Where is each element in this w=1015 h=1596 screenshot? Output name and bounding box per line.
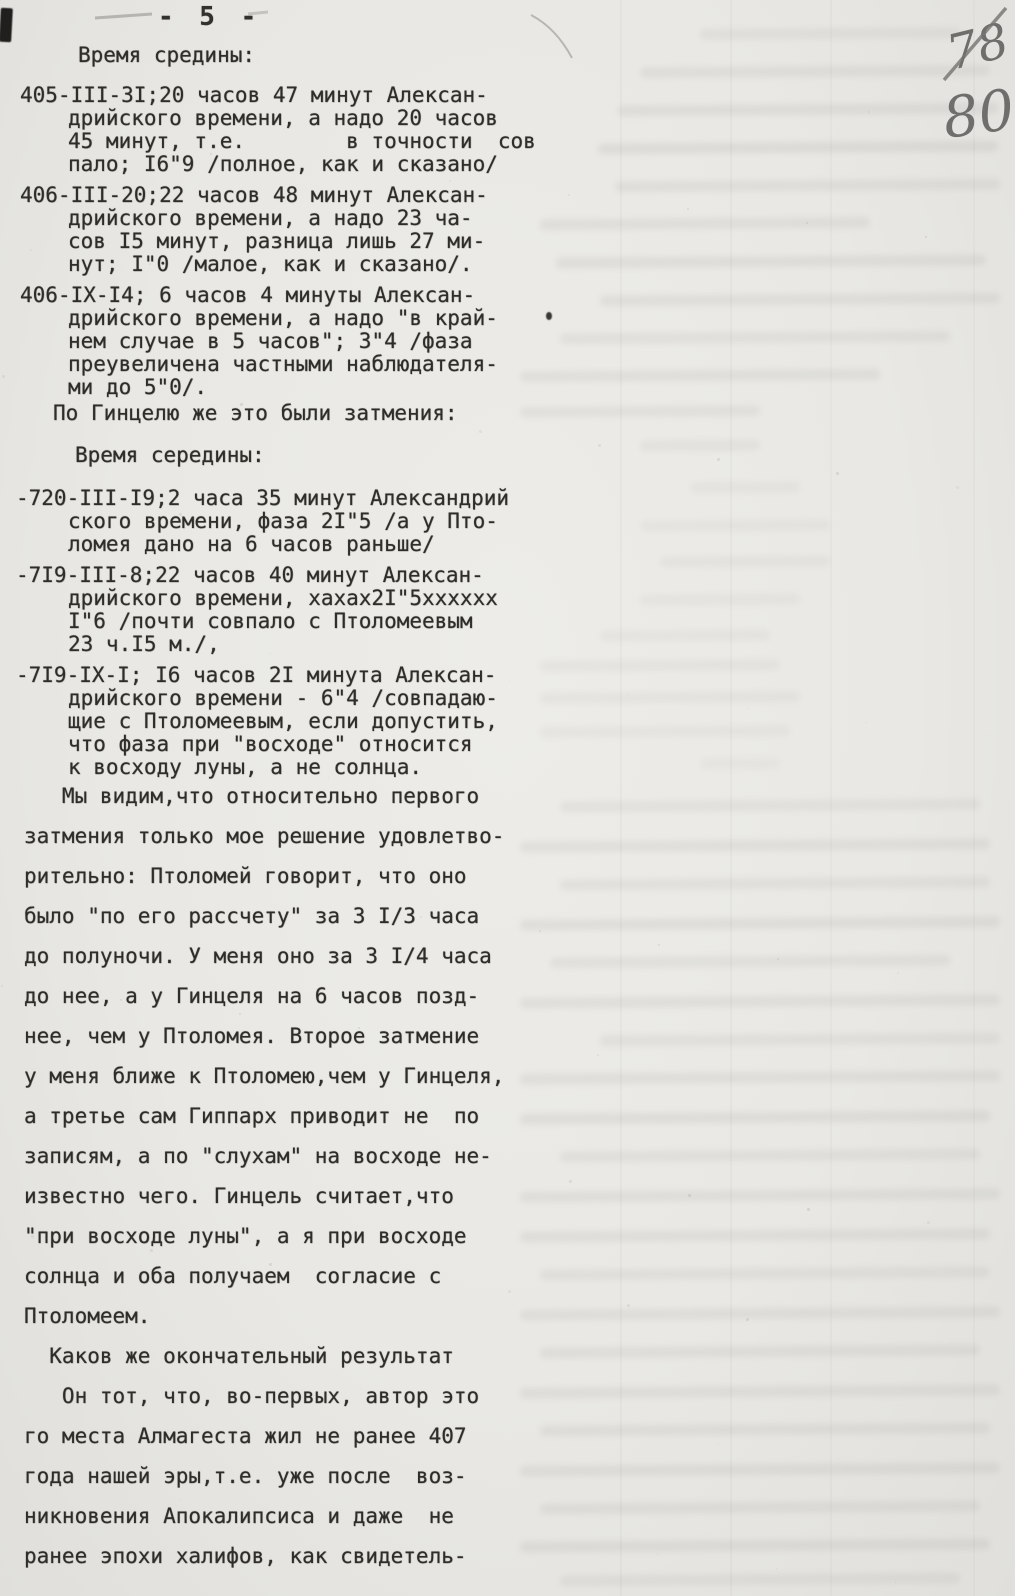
paper-speck xyxy=(957,1471,958,1472)
text-line: преувеличена частными наблюдателя- xyxy=(68,353,536,376)
transition-line: По Гинцелю же это были затмения: xyxy=(53,402,458,425)
ink-blot xyxy=(0,8,13,43)
paper-speck xyxy=(0,0,1,1)
text-line: 45 минут, т.е. в точности сов xyxy=(68,130,536,153)
text-line: дрийского времени, а надо "в край- xyxy=(68,307,536,330)
paper-speck xyxy=(776,1568,777,1569)
ghost-text-line xyxy=(640,593,800,605)
page-number: - 5 - xyxy=(158,2,261,32)
faded-dash xyxy=(95,14,152,18)
paper-speck xyxy=(509,680,510,681)
ghost-text-line xyxy=(520,369,880,383)
ghost-text-line xyxy=(600,629,770,641)
text-line: у меня ближе к Птоломею,чем у Гинцеля, xyxy=(24,1056,504,1096)
paper-speck xyxy=(746,1318,749,1321)
text-line: Время середины: xyxy=(75,444,265,467)
ghost-text-line xyxy=(560,1149,980,1163)
text-line: -720-III-I9;2 часа 35 минут Александрий xyxy=(16,487,509,510)
ghost-text-line xyxy=(520,916,1000,930)
text-line: дрийского времени, хахах2I"5хххххх xyxy=(68,587,509,610)
text-line: дрийского времени, а надо 20 часов xyxy=(68,107,536,130)
text-line: щие с Птоломеевым, если допустить, xyxy=(68,710,509,733)
ghost-text-line xyxy=(598,141,998,155)
eclipse-entry: 405-III-3I;20 часов 47 минут Алексан-дри… xyxy=(20,84,536,176)
paper-speck xyxy=(956,486,959,489)
paper-speck xyxy=(897,972,899,974)
ghost-text-line xyxy=(690,482,800,494)
text-line: го места Алмагеста жил не ранее 407 xyxy=(24,1416,504,1456)
paper-speck xyxy=(688,1194,691,1197)
paper-speck xyxy=(597,1054,599,1056)
paper-crease xyxy=(730,0,732,1596)
paper-speck xyxy=(2,375,5,378)
paper-speck xyxy=(657,1554,658,1555)
text-line: "при восходе луны", а я при восходе xyxy=(24,1216,504,1256)
ghost-text-line xyxy=(600,1033,1000,1047)
text-line: ми до 5"0/. xyxy=(68,376,536,399)
eclipse-entry: 406-IX-I4; 6 часов 4 минуты Алексан-дрий… xyxy=(20,284,536,399)
eclipse-entries-ptolemy: 405-III-3I;20 часов 47 минут Алексан-дри… xyxy=(20,84,536,407)
text-line: года нашей эры,т.е. уже после воз- xyxy=(24,1456,504,1496)
paper-crease xyxy=(620,0,622,1596)
paper-speck xyxy=(538,1540,539,1541)
text-line: до полуночи. У меня оно за 3 I/4 часа xyxy=(24,936,504,976)
paper-speck xyxy=(866,722,867,723)
ghost-text-line xyxy=(540,217,870,230)
text-line: сов I5 минут, разница лишь 27 ми- xyxy=(68,230,536,253)
ghost-text-line xyxy=(520,1110,990,1124)
paper-speck xyxy=(986,735,987,736)
text-line: никновения Апокалипсиса и даже не xyxy=(24,1496,504,1536)
body-paragraphs: Мы видим,что относительно первогозатмени… xyxy=(24,776,504,1576)
ghost-text-line xyxy=(520,1228,990,1242)
text-line: I"6 /почти совпало с Птоломеевым xyxy=(68,610,509,633)
ghost-text-line xyxy=(640,65,990,78)
pencil-stroke xyxy=(531,15,572,58)
text-line: дрийского времени - 6"4 /совпадаю- xyxy=(68,687,509,710)
ghost-text-line xyxy=(600,293,1000,307)
paper-speck xyxy=(987,125,989,127)
paper-speck xyxy=(479,430,482,433)
ghost-text-line xyxy=(550,955,950,969)
paper-crease xyxy=(973,0,975,1596)
text-line: до нее, а у Гинцеля на 6 часов позд- xyxy=(24,976,504,1016)
paragraph: Мы видим,что относительно первогозатмени… xyxy=(24,776,504,1336)
text-line: 405-III-3I;20 часов 47 минут Алексан- xyxy=(20,84,536,107)
text-line: 23 ч.I5 м./, xyxy=(68,633,509,656)
text-line: -7I9-IX-I; I6 часов 2I минута Алексан- xyxy=(16,664,509,687)
paper-speck xyxy=(836,472,839,475)
paragraph: Каков же окончательный результат xyxy=(24,1336,504,1376)
eclipse-entry: -720-III-I9;2 часа 35 минут Александрийс… xyxy=(20,487,509,556)
paper-crease xyxy=(830,0,832,1596)
paper-speck xyxy=(627,1304,630,1307)
paper-speck xyxy=(628,694,629,695)
text-line: ломея дано на 6 часов раньше/ xyxy=(68,533,509,556)
ghost-text-line xyxy=(540,691,800,704)
eclipse-entry: -7I9-III-8;22 часов 40 минут Алексан-дри… xyxy=(20,564,509,656)
paper-speck xyxy=(747,708,748,709)
paper-speck xyxy=(868,111,870,113)
ghost-text-line xyxy=(560,799,980,813)
ghost-text-line xyxy=(520,1070,1000,1084)
heading-vremya-srediny: Время средины: xyxy=(78,44,255,67)
paper-speck xyxy=(1,985,3,987)
ghost-text-line xyxy=(540,659,780,672)
paper-speck xyxy=(539,930,541,932)
paper-speck xyxy=(925,236,927,238)
ghost-text-line xyxy=(540,1500,980,1514)
scanned-typescript-page: - 5 - Время средины: 405-III-3I;20 часов… xyxy=(0,0,1015,1596)
paper-speck xyxy=(717,458,720,461)
ghost-text-line xyxy=(540,1422,990,1436)
text-line: дрийского времени, а надо 23 ча- xyxy=(68,207,536,230)
text-line: По Гинцелю же это были затмения: xyxy=(53,402,458,425)
ghost-text-line xyxy=(640,440,760,452)
paper-speck xyxy=(777,958,779,960)
text-line: Он тот, что, во-первых, автор это xyxy=(24,1376,504,1416)
ghost-text-line xyxy=(540,1266,990,1280)
text-line: известно чего. Гинцель считает,что xyxy=(24,1176,504,1216)
paper-speck xyxy=(658,944,660,946)
text-line: Время средины: xyxy=(78,44,255,67)
ghost-text-line xyxy=(540,1344,980,1358)
text-line: Мы видим,что относительно первого xyxy=(24,776,504,816)
eclipse-entry: 406-III-20;22 часов 48 минут Алексан-дри… xyxy=(20,184,536,276)
ghost-text-line xyxy=(520,1306,1000,1320)
heading-vremya-serediny: Время середины: xyxy=(75,444,265,467)
ghost-text-line xyxy=(520,1538,990,1552)
paper-speck xyxy=(598,444,601,447)
paper-speck xyxy=(807,1208,810,1211)
paper-speck xyxy=(927,1221,930,1224)
ghost-text-line xyxy=(700,758,780,770)
text-line: нут; I"0 /малое, как и сказано/. xyxy=(68,253,536,276)
text-line: 406-III-20;22 часов 48 минут Алексан- xyxy=(20,184,536,207)
paper-speck xyxy=(568,194,570,196)
ghost-text-line xyxy=(520,1384,1000,1398)
text-line: нее, чем у Птоломея. Второе затмение xyxy=(24,1016,504,1056)
paper-speck xyxy=(806,222,808,224)
paragraph: Он тот, что, во-первых, автор этого мест… xyxy=(24,1376,504,1576)
text-line: ского времени, фаза 2I"5 /а у Пто- xyxy=(68,510,509,533)
text-line: Птоломеем. xyxy=(24,1296,504,1336)
ghost-text-line xyxy=(615,179,1000,193)
text-line: Каков же окончательный результат xyxy=(24,1336,504,1376)
text-line: было "по его рассчету" за 3 I/3 часа xyxy=(24,896,504,936)
paper-speck xyxy=(895,1582,896,1583)
ghost-text-line xyxy=(520,838,990,852)
ghost-text-line xyxy=(560,331,950,345)
ghost-text-line xyxy=(520,994,1000,1008)
ghost-text-line xyxy=(540,725,790,738)
eclipse-entry: -7I9-IX-I; I6 часов 2I минута Алексан-др… xyxy=(20,664,509,779)
ghost-text-line xyxy=(560,876,990,890)
text-line: солнца и оба получаем согласие с xyxy=(24,1256,504,1296)
text-line: а третье сам Гиппарх приводит не по xyxy=(24,1096,504,1136)
text-line: затмения только мое решение удовлетво- xyxy=(24,816,504,856)
text-line: записям, а по "слухам" на восходе не- xyxy=(24,1136,504,1176)
ghost-text-line xyxy=(520,405,760,418)
ink-dot xyxy=(546,312,552,320)
paper-speck xyxy=(569,1180,572,1183)
text-line: что фаза при "восходе" относится xyxy=(68,733,509,756)
paper-speck xyxy=(838,1458,839,1459)
text-line: ранее эпохи халифов, как свидетель- xyxy=(24,1536,504,1576)
text-line: нем случае в 5 часов"; 3"4 /фаза xyxy=(68,330,536,353)
paper-speck xyxy=(687,208,689,210)
text-line: рительно: Птоломей говорит, что оно xyxy=(24,856,504,896)
ghost-text-line xyxy=(640,519,830,531)
ghost-text-line xyxy=(660,555,830,567)
ghost-text-line xyxy=(520,1188,1000,1202)
paper-speck xyxy=(718,1444,719,1445)
text-line: 406-IX-I4; 6 часов 4 минуты Алексан- xyxy=(20,284,536,307)
eclipse-entries-ginzel: -720-III-I9;2 часа 35 минут Александрийс… xyxy=(20,487,509,787)
ghost-text-line xyxy=(618,103,998,117)
ghost-text-line xyxy=(520,1462,1000,1476)
text-line: пало; I6"9 /полное, как и сказано/ xyxy=(68,153,536,176)
paper-speck xyxy=(508,1290,511,1293)
text-line: -7I9-III-8;22 часов 40 минут Алексан- xyxy=(16,564,509,587)
